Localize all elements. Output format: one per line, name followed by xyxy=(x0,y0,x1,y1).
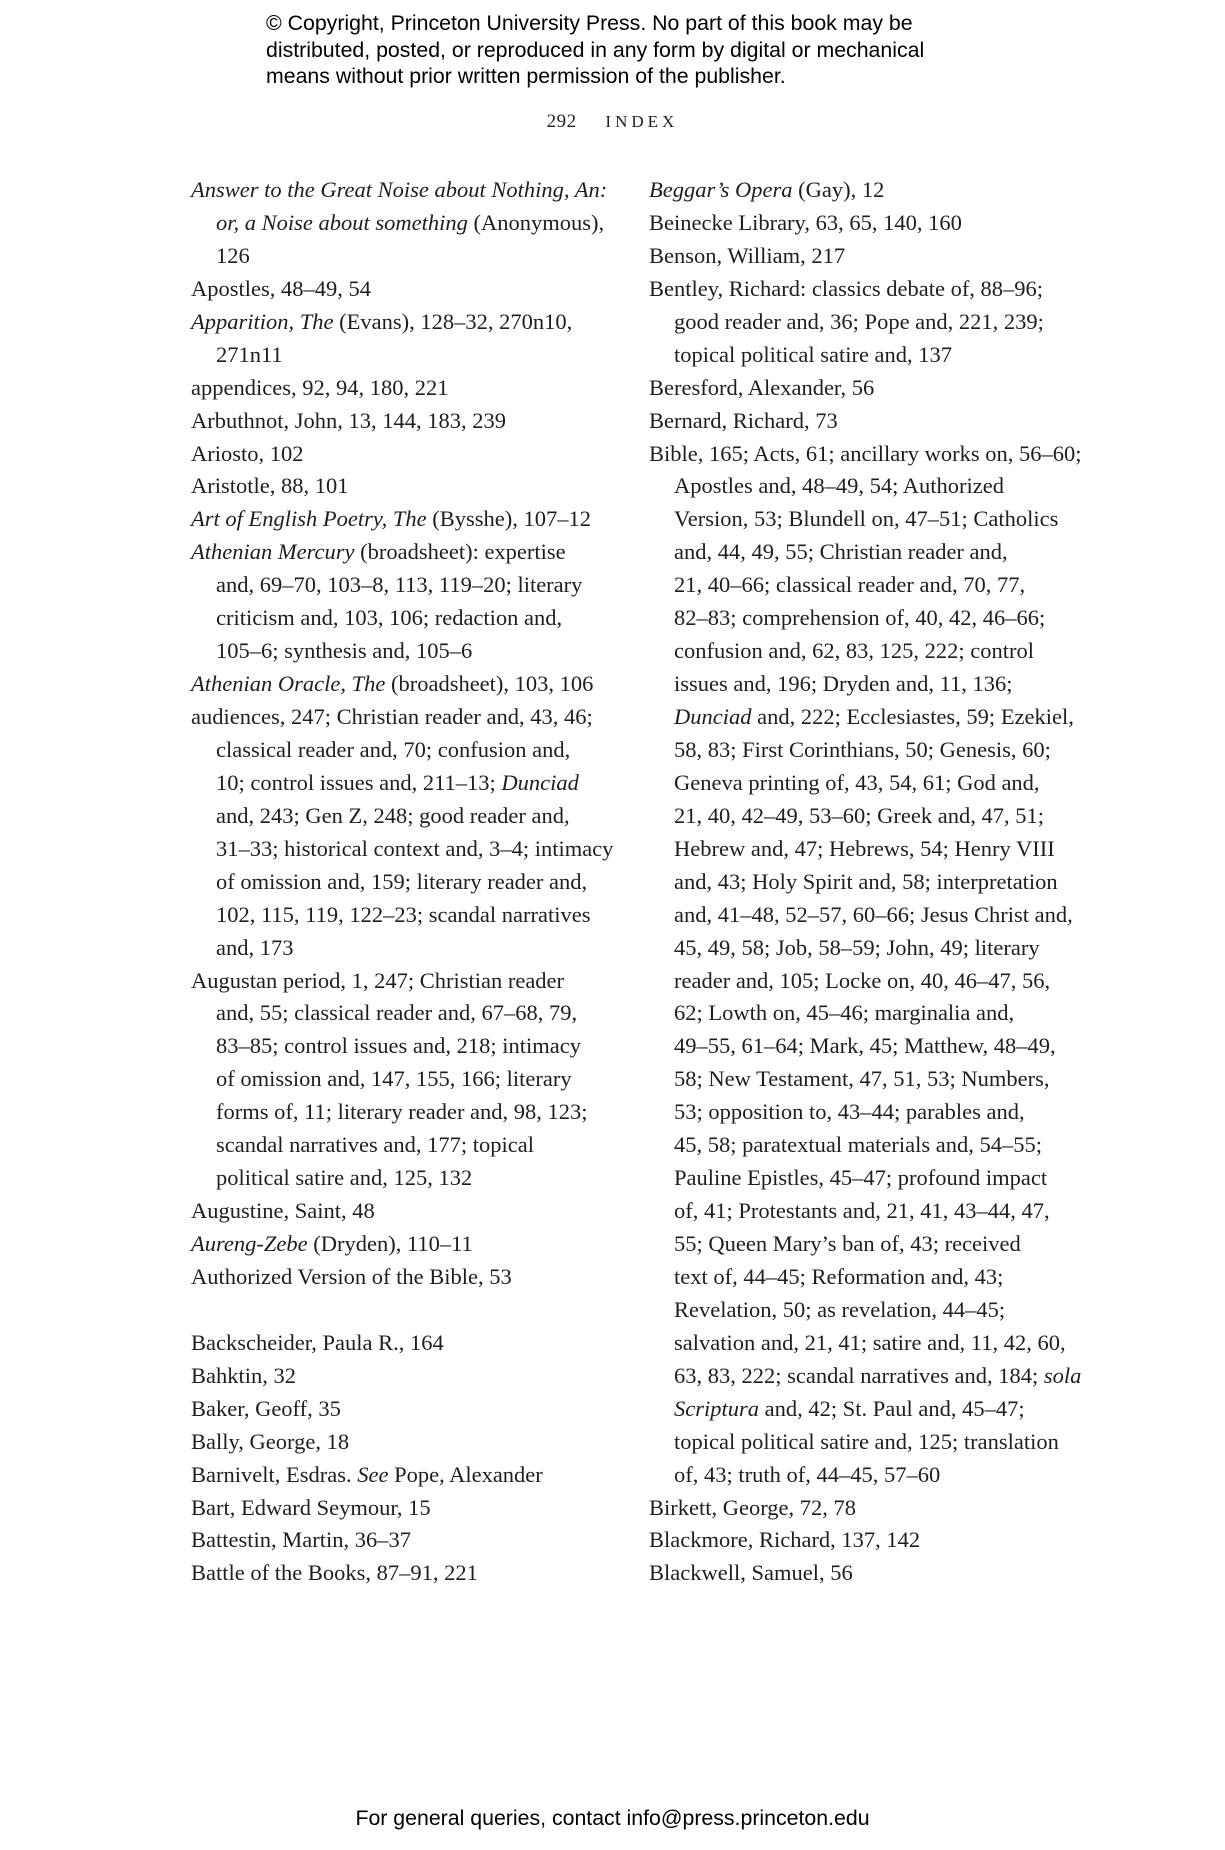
letter-group-gap xyxy=(191,1294,621,1327)
index-entry: Beggar’s Opera (Gay), 12 xyxy=(649,174,1069,207)
entry-text: political satire and, 125, 132 xyxy=(216,1165,472,1190)
entry-text: (Anonymous), xyxy=(468,210,604,235)
italic-title-text: Apparition, The xyxy=(191,309,334,334)
index-entry: Beresford, Alexander, 56 xyxy=(649,372,1069,405)
index-entry: audiences, 247; Christian reader and, 43… xyxy=(191,701,621,734)
index-entry-continuation: and, 43; Holy Spirit and, 58; interpreta… xyxy=(649,866,1069,899)
index-entry-continuation: 105–6; synthesis and, 105–6 xyxy=(191,635,621,668)
index-entry-continuation: confusion and, 62, 83, 125, 222; control xyxy=(649,635,1069,668)
entry-text: confusion and, 62, 83, 125, 222; control xyxy=(674,638,1034,663)
index-entry-continuation: and, 243; Gen Z, 248; good reader and, xyxy=(191,800,621,833)
entry-text: Blackwell, Samuel, 56 xyxy=(649,1560,853,1585)
index-entry-continuation: Geneva printing of, 43, 54, 61; God and, xyxy=(649,767,1069,800)
entry-text: Benson, William, 217 xyxy=(649,243,845,268)
italic-title-text: Scriptura xyxy=(674,1396,759,1421)
index-entry-continuation: 21, 40, 42–49, 53–60; Greek and, 47, 51; xyxy=(649,800,1069,833)
copyright-notice: © Copyright, Princeton University Press.… xyxy=(266,10,986,90)
page-number: 292 xyxy=(547,111,577,133)
entry-text: of omission and, 159; literary reader an… xyxy=(216,869,587,894)
entry-text: Aristotle, 88, 101 xyxy=(191,473,349,498)
entry-text: and, 222; Ecclesiastes, 59; Ezekiel, xyxy=(752,704,1074,729)
index-entry-continuation: of omission and, 147, 155, 166; literary xyxy=(191,1063,621,1096)
entry-text: of omission and, 147, 155, 166; literary xyxy=(216,1066,572,1091)
italic-title-text: or, a Noise about something xyxy=(216,210,468,235)
entry-text: 126 xyxy=(216,243,250,268)
entry-text: Ariosto, 102 xyxy=(191,441,304,466)
entry-text: (Bysshe), 107–12 xyxy=(427,506,591,531)
index-entry-continuation: 83–85; control issues and, 218; intimacy xyxy=(191,1030,621,1063)
entry-text: 82–83; comprehension of, 40, 42, 46–66; xyxy=(674,605,1045,630)
entry-text: and, 243; Gen Z, 248; good reader and, xyxy=(216,803,570,828)
index-entry-continuation: 58; New Testament, 47, 51, 53; Numbers, xyxy=(649,1063,1069,1096)
entry-text: and, 43; Holy Spirit and, 58; interpreta… xyxy=(674,869,1058,894)
index-entry-continuation: Version, 53; Blundell on, 47–51; Catholi… xyxy=(649,503,1069,536)
entry-text: of, 43; truth of, 44–45, 57–60 xyxy=(674,1462,940,1487)
index-entry-continuation: classical reader and, 70; confusion and, xyxy=(191,734,621,767)
entry-text: Augustine, Saint, 48 xyxy=(191,1198,375,1223)
index-entry-continuation: scandal narratives and, 177; topical xyxy=(191,1129,621,1162)
entry-text: 21, 40–66; classical reader and, 70, 77, xyxy=(674,572,1025,597)
index-entry-continuation: 58, 83; First Corinthians, 50; Genesis, … xyxy=(649,734,1069,767)
index-entry: Blackwell, Samuel, 56 xyxy=(649,1557,1069,1590)
entry-text: reader and, 105; Locke on, 40, 46–47, 56… xyxy=(674,968,1050,993)
index-entry-continuation: topical political satire and, 137 xyxy=(649,339,1069,372)
italic-title-text: Answer to the Great Noise about Nothing,… xyxy=(191,177,607,202)
index-entry: Backscheider, Paula R., 164 xyxy=(191,1327,621,1360)
index-entry-continuation: salvation and, 21, 41; satire and, 11, 4… xyxy=(649,1327,1069,1360)
index-entry-continuation: of omission and, 159; literary reader an… xyxy=(191,866,621,899)
index-entry-continuation: 10; control issues and, 211–13; Dunciad xyxy=(191,767,621,800)
index-entry-continuation: of, 43; truth of, 44–45, 57–60 xyxy=(649,1459,1069,1492)
index-entry: Beinecke Library, 63, 65, 140, 160 xyxy=(649,207,1069,240)
entry-text: Version, 53; Blundell on, 47–51; Catholi… xyxy=(674,506,1058,531)
entry-text: Revelation, 50; as revelation, 44–45; xyxy=(674,1297,1005,1322)
index-entry-continuation: criticism and, 103, 106; redaction and, xyxy=(191,602,621,635)
entry-text: 31–33; historical context and, 3–4; inti… xyxy=(216,836,613,861)
index-entry: Answer to the Great Noise about Nothing,… xyxy=(191,174,621,207)
index-entry: Blackmore, Richard, 137, 142 xyxy=(649,1524,1069,1557)
index-entry: Aristotle, 88, 101 xyxy=(191,470,621,503)
index-entry-continuation: Dunciad and, 222; Ecclesiastes, 59; Ezek… xyxy=(649,701,1069,734)
index-entry-continuation: Scriptura and, 42; St. Paul and, 45–47; xyxy=(649,1393,1069,1426)
entry-text: 271n11 xyxy=(216,342,283,367)
index-entry: Authorized Version of the Bible, 53 xyxy=(191,1261,621,1294)
entry-text: Bible, 165; Acts, 61; ancillary works on… xyxy=(649,441,1081,466)
copyright-line: © Copyright, Princeton University Press.… xyxy=(266,10,986,37)
entry-text: Apostles and, 48–49, 54; Authorized xyxy=(674,473,1004,498)
index-entry-continuation: 55; Queen Mary’s ban of, 43; received xyxy=(649,1228,1069,1261)
entry-text: issues and, 196; Dryden and, 11, 136; xyxy=(674,671,1013,696)
entry-text: Blackmore, Richard, 137, 142 xyxy=(649,1527,920,1552)
index-entry-continuation: 49–55, 61–64; Mark, 45; Matthew, 48–49, xyxy=(649,1030,1069,1063)
entry-text: Backscheider, Paula R., 164 xyxy=(191,1330,444,1355)
entry-text: Bally, George, 18 xyxy=(191,1429,349,1454)
index-entry: Bahktin, 32 xyxy=(191,1360,621,1393)
index-entry: Apparition, The (Evans), 128–32, 270n10, xyxy=(191,306,621,339)
contact-footer: For general queries, contact info@press.… xyxy=(0,1806,1225,1831)
italic-title-text: Athenian Mercury xyxy=(191,539,355,564)
index-entry-continuation: forms of, 11; literary reader and, 98, 1… xyxy=(191,1096,621,1129)
entry-text: Augustan period, 1, 247; Christian reade… xyxy=(191,968,564,993)
entry-text: 55; Queen Mary’s ban of, 43; received xyxy=(674,1231,1021,1256)
entry-text: and, 173 xyxy=(216,935,294,960)
index-entry: Battle of the Books, 87–91, 221 xyxy=(191,1557,621,1590)
entry-text: Beinecke Library, 63, 65, 140, 160 xyxy=(649,210,962,235)
index-entry: Baker, Geoff, 35 xyxy=(191,1393,621,1426)
index-entry-continuation: 82–83; comprehension of, 40, 42, 46–66; xyxy=(649,602,1069,635)
index-entry-continuation: reader and, 105; Locke on, 40, 46–47, 56… xyxy=(649,965,1069,998)
entry-text: 62; Lowth on, 45–46; marginalia and, xyxy=(674,1000,1014,1025)
entry-text: Arbuthnot, John, 13, 144, 183, 239 xyxy=(191,408,506,433)
entry-text: appendices, 92, 94, 180, 221 xyxy=(191,375,448,400)
entry-text: classical reader and, 70; confusion and, xyxy=(216,737,570,762)
copyright-line: distributed, posted, or reproduced in an… xyxy=(266,37,986,64)
entry-text: Battestin, Martin, 36–37 xyxy=(191,1527,411,1552)
italic-title-text: Athenian Oracle, The xyxy=(191,671,385,696)
index-entry: Benson, William, 217 xyxy=(649,240,1069,273)
section-title: INDEX xyxy=(605,112,678,132)
entry-text: 45, 49, 58; Job, 58–59; John, 49; litera… xyxy=(674,935,1040,960)
index-entry: Bentley, Richard: classics debate of, 88… xyxy=(649,273,1069,306)
entry-text: 45, 58; paratextual materials and, 54–55… xyxy=(674,1132,1042,1157)
index-entry-continuation: and, 44, 49, 55; Christian reader and, xyxy=(649,536,1069,569)
entry-text: 53; opposition to, 43–44; parables and, xyxy=(674,1099,1025,1124)
entry-text: Bahktin, 32 xyxy=(191,1363,296,1388)
index-entry: Birkett, George, 72, 78 xyxy=(649,1492,1069,1525)
index-entry: Augustan period, 1, 247; Christian reade… xyxy=(191,965,621,998)
entry-text: audiences, 247; Christian reader and, 43… xyxy=(191,704,593,729)
italic-title-text: See xyxy=(357,1462,388,1487)
index-entry-continuation: Revelation, 50; as revelation, 44–45; xyxy=(649,1294,1069,1327)
index-entry-continuation: and, 69–70, 103–8, 113, 119–20; literary xyxy=(191,569,621,602)
entry-text: Bentley, Richard: classics debate of, 88… xyxy=(649,276,1043,301)
entry-text: topical political satire and, 137 xyxy=(674,342,952,367)
index-entry: Battestin, Martin, 36–37 xyxy=(191,1524,621,1557)
index-entry-continuation: 102, 115, 119, 122–23; scandal narrative… xyxy=(191,899,621,932)
entry-text: and, 42; St. Paul and, 45–47; xyxy=(759,1396,1025,1421)
index-entry-continuation: and, 55; classical reader and, 67–68, 79… xyxy=(191,997,621,1030)
entry-text: Apostles, 48–49, 54 xyxy=(191,276,371,301)
index-entry-continuation: issues and, 196; Dryden and, 11, 136; xyxy=(649,668,1069,701)
entry-text: (Gay), 12 xyxy=(793,177,885,202)
entry-text: 58, 83; First Corinthians, 50; Genesis, … xyxy=(674,737,1051,762)
entry-text: forms of, 11; literary reader and, 98, 1… xyxy=(216,1099,588,1124)
entry-text: Battle of the Books, 87–91, 221 xyxy=(191,1560,478,1585)
index-entry-continuation: 45, 49, 58; Job, 58–59; John, 49; litera… xyxy=(649,932,1069,965)
index-column-left: Answer to the Great Noise about Nothing,… xyxy=(191,174,621,1590)
entry-text: Baker, Geoff, 35 xyxy=(191,1396,341,1421)
index-entry-continuation: 45, 58; paratextual materials and, 54–55… xyxy=(649,1129,1069,1162)
index-entry: Bart, Edward Seymour, 15 xyxy=(191,1492,621,1525)
index-entry: Barnivelt, Esdras. See Pope, Alexander xyxy=(191,1459,621,1492)
index-entry-continuation: Hebrew and, 47; Hebrews, 54; Henry VIII xyxy=(649,833,1069,866)
index-entry: Bally, George, 18 xyxy=(191,1426,621,1459)
index-entry: Arbuthnot, John, 13, 144, 183, 239 xyxy=(191,405,621,438)
index-entry: Augustine, Saint, 48 xyxy=(191,1195,621,1228)
entry-text: Birkett, George, 72, 78 xyxy=(649,1495,856,1520)
index-entry: Bernard, Richard, 73 xyxy=(649,405,1069,438)
index-entry: Athenian Mercury (broadsheet): expertise xyxy=(191,536,621,569)
entry-text: of, 41; Protestants and, 21, 41, 43–44, … xyxy=(674,1198,1050,1223)
index-entry: Bible, 165; Acts, 61; ancillary works on… xyxy=(649,438,1069,471)
entry-text: Hebrew and, 47; Hebrews, 54; Henry VIII xyxy=(674,836,1055,861)
entry-text: (broadsheet): expertise xyxy=(355,539,566,564)
entry-text: 10; control issues and, 211–13; xyxy=(216,770,501,795)
entry-text: and, 41–48, 52–57, 60–66; Jesus Christ a… xyxy=(674,902,1073,927)
entry-text: text of, 44–45; Reformation and, 43; xyxy=(674,1264,1003,1289)
index-entry: appendices, 92, 94, 180, 221 xyxy=(191,372,621,405)
index-entry-continuation: 53; opposition to, 43–44; parables and, xyxy=(649,1096,1069,1129)
entry-text: Authorized Version of the Bible, 53 xyxy=(191,1264,512,1289)
index-entry-continuation: political satire and, 125, 132 xyxy=(191,1162,621,1195)
entry-text: 102, 115, 119, 122–23; scandal narrative… xyxy=(216,902,591,927)
index-entry: Art of English Poetry, The (Bysshe), 107… xyxy=(191,503,621,536)
index-column-right: Beggar’s Opera (Gay), 12Beinecke Library… xyxy=(649,174,1069,1590)
italic-title-text: Dunciad xyxy=(501,770,579,795)
entry-text: Geneva printing of, 43, 54, 61; God and, xyxy=(674,770,1040,795)
entry-text: (broadsheet), 103, 106 xyxy=(385,671,593,696)
entry-text: topical political satire and, 125; trans… xyxy=(674,1429,1059,1454)
entry-text: Beresford, Alexander, 56 xyxy=(649,375,874,400)
index-entry: Aureng-Zebe (Dryden), 110–11 xyxy=(191,1228,621,1261)
entry-text: (Dryden), 110–11 xyxy=(308,1231,473,1256)
entry-text: criticism and, 103, 106; redaction and, xyxy=(216,605,562,630)
entry-text: Barnivelt, Esdras. xyxy=(191,1462,357,1487)
index-entry-continuation: 62; Lowth on, 45–46; marginalia and, xyxy=(649,997,1069,1030)
index-entry-continuation: Apostles and, 48–49, 54; Authorized xyxy=(649,470,1069,503)
entry-text: 21, 40, 42–49, 53–60; Greek and, 47, 51; xyxy=(674,803,1044,828)
index-entry-continuation: of, 41; Protestants and, 21, 41, 43–44, … xyxy=(649,1195,1069,1228)
index-entry-continuation: 126 xyxy=(191,240,621,273)
index-entry-continuation: text of, 44–45; Reformation and, 43; xyxy=(649,1261,1069,1294)
entry-text: Pauline Epistles, 45–47; profound impact xyxy=(674,1165,1047,1190)
index-entry-continuation: and, 173 xyxy=(191,932,621,965)
entry-text: and, 69–70, 103–8, 113, 119–20; literary xyxy=(216,572,582,597)
index-entry-continuation: or, a Noise about something (Anonymous), xyxy=(191,207,621,240)
entry-text: Bernard, Richard, 73 xyxy=(649,408,838,433)
entry-text: and, 44, 49, 55; Christian reader and, xyxy=(674,539,1008,564)
entry-text: and, 55; classical reader and, 67–68, 79… xyxy=(216,1000,577,1025)
italic-title-text: Art of English Poetry, The xyxy=(191,506,427,531)
index-entry: Apostles, 48–49, 54 xyxy=(191,273,621,306)
italic-title-text: Beggar’s Opera xyxy=(649,177,793,202)
entry-text: salvation and, 21, 41; satire and, 11, 4… xyxy=(674,1330,1066,1355)
italic-title-text: Dunciad xyxy=(674,704,752,729)
index-entry-continuation: 21, 40–66; classical reader and, 70, 77, xyxy=(649,569,1069,602)
italic-title-text: sola xyxy=(1044,1363,1082,1388)
index-entry-continuation: 63, 83, 222; scandal narratives and, 184… xyxy=(649,1360,1069,1393)
entry-text: Pope, Alexander xyxy=(388,1462,542,1487)
entry-text: 105–6; synthesis and, 105–6 xyxy=(216,638,472,663)
entry-text: Bart, Edward Seymour, 15 xyxy=(191,1495,431,1520)
index-entry-continuation: and, 41–48, 52–57, 60–66; Jesus Christ a… xyxy=(649,899,1069,932)
index-entry-continuation: 31–33; historical context and, 3–4; inti… xyxy=(191,833,621,866)
index-entry-continuation: good reader and, 36; Pope and, 221, 239; xyxy=(649,306,1069,339)
entry-text: 49–55, 61–64; Mark, 45; Matthew, 48–49, xyxy=(674,1033,1056,1058)
index-entry: Ariosto, 102 xyxy=(191,438,621,471)
running-head: 292 INDEX xyxy=(0,111,1225,133)
entry-text: 83–85; control issues and, 218; intimacy xyxy=(216,1033,581,1058)
index-entry-continuation: Pauline Epistles, 45–47; profound impact xyxy=(649,1162,1069,1195)
index-entry-continuation: topical political satire and, 125; trans… xyxy=(649,1426,1069,1459)
index-entry: Athenian Oracle, The (broadsheet), 103, … xyxy=(191,668,621,701)
italic-title-text: Aureng-Zebe xyxy=(191,1231,308,1256)
entry-text: 58; New Testament, 47, 51, 53; Numbers, xyxy=(674,1066,1049,1091)
entry-text: good reader and, 36; Pope and, 221, 239; xyxy=(674,309,1044,334)
entry-text: 63, 83, 222; scandal narratives and, 184… xyxy=(674,1363,1044,1388)
entry-text: scandal narratives and, 177; topical xyxy=(216,1132,534,1157)
index-entry-continuation: 271n11 xyxy=(191,339,621,372)
entry-text: (Evans), 128–32, 270n10, xyxy=(334,309,573,334)
copyright-line: means without prior written permission o… xyxy=(266,63,986,90)
